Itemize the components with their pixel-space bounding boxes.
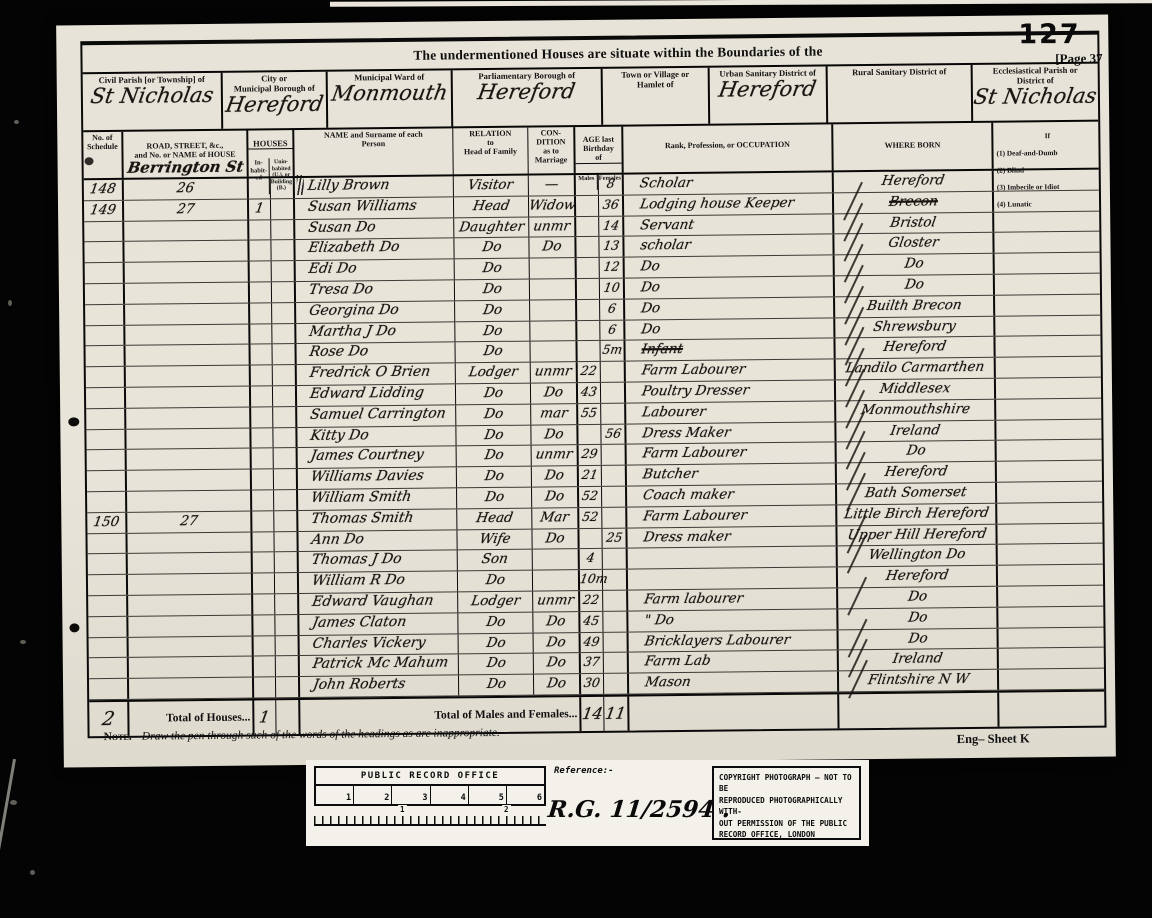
sheet-label: Eng– Sheet K (957, 731, 1030, 747)
parliamentary-borough-value: Hereford (476, 79, 577, 104)
field-urban-sanitary: Urban Sanitary District of Hereford (710, 66, 829, 123)
tally-mark (297, 175, 304, 195)
field-municipal-borough: City or Municipal Borough of Hereford (223, 72, 329, 129)
scan-speck (20, 640, 26, 644)
scan-speck (30, 870, 35, 875)
total-houses-value: 1 (258, 708, 271, 727)
field-civil-parish: Civil Parish [or Township] of St Nichola… (83, 73, 224, 130)
urban-sanitary-value: Hereford (717, 76, 818, 101)
header-age: AGE last Birthday of Males Females (575, 127, 623, 174)
copyright-notice: COPYRIGHT PHOTOGRAPH – NOT TO BE REPRODU… (712, 766, 861, 840)
header-occupation: Rank, Profession, or OCCUPATION (623, 124, 833, 172)
reference-block: Reference:- R.G. 11/2594 . (554, 766, 704, 840)
header-road: ROAD, STREET, &c., and No. or NAME of HO… (123, 131, 248, 178)
total-males: 14 (581, 704, 605, 723)
total-males-females-label: Total of Males and Females... (434, 708, 577, 721)
street-name-script: Berrington St (126, 158, 245, 176)
header-relation: RELATION to Head of Family (453, 128, 528, 175)
pro-ruler-ticks: 1 2 (314, 808, 546, 826)
district-header-row: Civil Parish [or Township] of St Nichola… (83, 62, 1099, 133)
ink-blot (68, 417, 79, 426)
field-parliamentary-borough: Parliamentary Borough of Hereford (453, 69, 604, 127)
reference-label: Reference:- (554, 766, 704, 776)
ecclesiastical-parish-value: St Nicholas (972, 83, 1099, 108)
scan-speck (14, 120, 19, 124)
census-sheet: 127 [Page 37 The undermentioned Houses a… (56, 15, 1116, 768)
field-town-village: Town or Village or Hamlet of (603, 68, 711, 125)
header-disability: If (1) Deaf-and-Dumb (2) Blind (3) Imbec… (993, 122, 1098, 169)
census-rows: 14826Lilly BrownVisitor—8ScholarHereford… (84, 170, 1104, 701)
scan-speck (10, 800, 17, 805)
civil-parish-value: St Nicholas (89, 83, 216, 108)
field-ecclesiastical-parish: Ecclesiastical Parish or District of St … (973, 64, 1099, 121)
scanned-census-photograph: { "page": { "photo_number": "127", "page… (0, 0, 1152, 918)
ink-blot (69, 623, 79, 632)
pro-ruler-block: PUBLIC RECORD OFFICE 1 2 3 4 5 6 1 2 (314, 766, 546, 840)
pro-office-title: PUBLIC RECORD OFFICE (314, 766, 546, 784)
header-schedule: No. of Schedule (83, 132, 123, 178)
field-rural-sanitary: Rural Sanitary District of (828, 65, 974, 123)
total-females: 11 (604, 704, 628, 723)
pro-ruler-numbers: 1 2 3 4 5 6 (314, 784, 546, 806)
pro-stamp-card: PUBLIC RECORD OFFICE 1 2 3 4 5 6 1 2 Ref… (306, 760, 869, 846)
header-where-born: WHERE BORN (833, 123, 993, 171)
census-form: The undermentioned Houses are situate wi… (80, 31, 1106, 739)
scan-speck (8, 300, 12, 306)
scan-edge-artifact (0, 759, 16, 907)
header-condition: CON- DITION as to Marriage (528, 127, 575, 173)
header-name: NAME and Surname of each Person (294, 128, 453, 176)
municipal-borough-value: Hereford (224, 91, 325, 116)
municipal-ward-value: Monmouth (330, 80, 450, 105)
scan-edge-artifact (330, 0, 1152, 7)
field-municipal-ward: Municipal Ward of Monmouth (328, 70, 454, 127)
schedule-total: 2 (101, 708, 117, 730)
reference-value: R.G. 11/2594 . (547, 796, 732, 823)
form-title: The undermentioned Houses are situate wi… (413, 43, 823, 63)
total-houses-label: Total of Houses... (166, 711, 250, 724)
header-houses: HOUSES In- habit- ed Unin- habited (U.),… (248, 130, 294, 176)
